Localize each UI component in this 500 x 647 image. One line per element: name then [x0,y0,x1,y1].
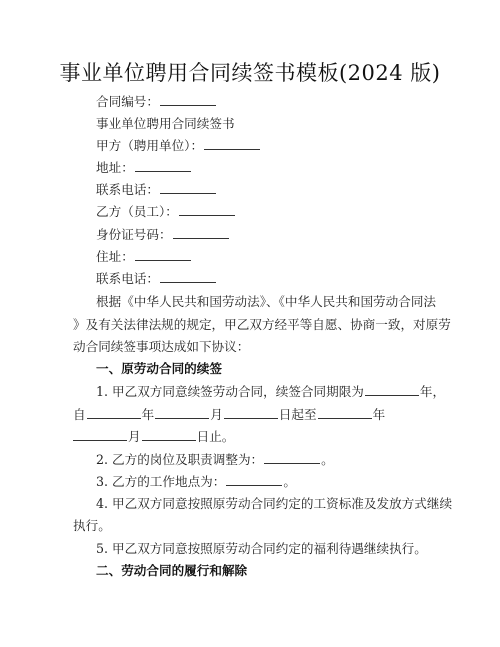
item-3: 3. 乙方的工作地点为：。 [96,471,296,493]
party-b-phone-blank[interactable] [160,270,216,283]
preamble-line-3: 动合同续签事项达成如下协议： [73,336,249,358]
preamble-line-2: 》及有关法律法规的规定，甲乙双方经平等自愿、协商一致，对原劳 [73,314,451,336]
field-contract-number: 合同编号： [96,91,217,113]
party-a-blank[interactable] [204,137,260,150]
month-label: 月 [128,429,141,444]
item-3-end: 。 [283,474,296,489]
start-month-blank[interactable] [155,406,209,419]
item-5: 5. 甲乙双方同意按照原劳动合同约定的福利待遇继续执行。 [96,538,427,560]
position-blank[interactable] [264,451,320,464]
field-label: 联系电话： [96,182,159,197]
year-label: 年 [373,407,386,422]
term-years-blank[interactable] [365,383,419,396]
section-2-heading: 二、劳动合同的履行和解除 [96,560,247,582]
start-day-blank[interactable] [224,406,278,419]
month-label: 月 [210,407,223,422]
field-party-a-address: 地址： [96,157,192,179]
item-2: 2. 乙方的岗位及职责调整为：。 [96,449,334,471]
field-doc-subtitle: 事业单位聘用合同续签书 [96,113,235,135]
section-1-heading: 一、原劳动合同的续签 [96,358,222,380]
field-party-b: 乙方（员工）： [96,201,236,223]
document-page: 事业单位聘用合同续签书模板(2024 版) 合同编号： 事业单位聘用合同续签书 … [0,0,500,647]
contract-number-blank[interactable] [160,93,216,106]
field-label: 身份证号码： [96,227,172,242]
document-title: 事业单位聘用合同续签书模板(2024 版) [0,58,500,88]
field-label: 住址： [96,249,134,264]
party-a-phone-blank[interactable] [160,181,216,194]
item-4-line-1: 4. 甲乙双方同意按照原劳动合同约定的工资标准及发放方式继续 [96,493,452,515]
end-day-blank[interactable] [142,428,196,441]
party-b-address-blank[interactable] [135,248,191,261]
field-party-b-phone: 联系电话： [96,268,217,290]
end-year-blank[interactable] [318,406,372,419]
field-label: 合同编号： [96,94,159,109]
item-4-line-2: 执行。 [73,515,111,537]
field-label: 地址： [96,160,134,175]
field-label: 联系电话： [96,271,159,286]
from-label: 自 [73,407,86,422]
field-label: 乙方（员工）： [96,204,178,219]
party-b-id-blank[interactable] [173,226,229,239]
item-2-end: 。 [321,452,334,467]
field-party-a-phone: 联系电话： [96,179,217,201]
end-month-blank[interactable] [73,428,127,441]
preamble-line-1: 根据《中华人民共和国劳动法》、《中华人民共和国劳动合同法 [96,291,436,313]
field-label: 事业单位聘用合同续签书 [96,116,235,131]
day-end-label: 日止。 [197,429,235,444]
party-b-blank[interactable] [179,203,235,216]
work-location-blank[interactable] [226,473,282,486]
item-1-line-1: 1. 甲乙双方同意续签劳动合同，续签合同期限为年， [96,381,445,403]
field-label: 甲方（聘用单位）： [96,138,203,153]
day-to-label: 日起至 [279,407,317,422]
item-2-text: 2. 乙方的岗位及职责调整为： [96,452,263,467]
item-3-text: 3. 乙方的工作地点为： [96,474,225,489]
start-year-blank[interactable] [87,406,141,419]
field-party-b-address: 住址： [96,246,192,268]
item-1-text: 1. 甲乙双方同意续签劳动合同，续签合同期限为 [96,384,364,399]
item-1-unit: 年， [420,384,445,399]
item-1-line-2: 自年月日起至年 [73,404,385,426]
field-party-a: 甲方（聘用单位）： [96,135,261,157]
item-1-line-3: 月日止。 [73,426,234,448]
field-party-b-id: 身份证号码： [96,224,230,246]
party-a-address-blank[interactable] [135,159,191,172]
year-label: 年 [142,407,155,422]
